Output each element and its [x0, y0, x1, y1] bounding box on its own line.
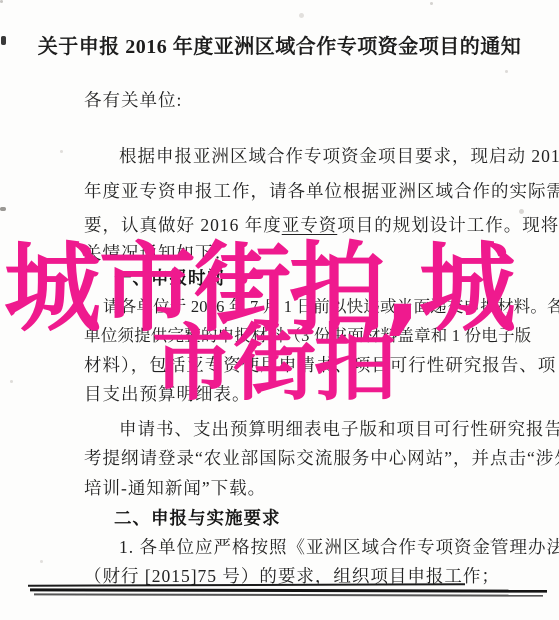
watermark-caption-line2: 市街拍: [152, 322, 395, 405]
section-heading-2: 二、申报与实施要求: [114, 508, 281, 529]
document-line: 培训-通知新闻”下载。: [84, 478, 266, 499]
scan-noise-specks: [0, 0, 3, 3]
document-line: 年度亚专资申报工作，请各单位根据亚洲区域合作的实际需: [84, 181, 559, 202]
scan-artifact-mark: [0, 207, 6, 211]
bottom-double-rule-top: [30, 588, 547, 592]
document-line: 1. 各单位应严格按照《亚洲区域合作专项资金管理办法》: [119, 537, 559, 558]
document-title: 关于申报 2016 年度亚洲区域合作专项资金项目的通知: [0, 30, 559, 59]
scanned-document-page: 关于申报 2016 年度亚洲区域合作专项资金项目的通知 各有关单位: 根据申报亚…: [0, 0, 559, 620]
document-line: 申请书、支出预算明细表电子版和项目可行性研究报告参: [119, 419, 559, 440]
bottom-double-rule-bottom: [34, 593, 543, 596]
document-line: 考提纲请登录“农业部国际交流服务中心网站”，并点击“涉外: [84, 448, 559, 469]
salutation: 各有关单位:: [84, 90, 182, 111]
document-line: 根据申报亚洲区域合作专项资金项目要求，现启动 2016: [119, 146, 559, 167]
